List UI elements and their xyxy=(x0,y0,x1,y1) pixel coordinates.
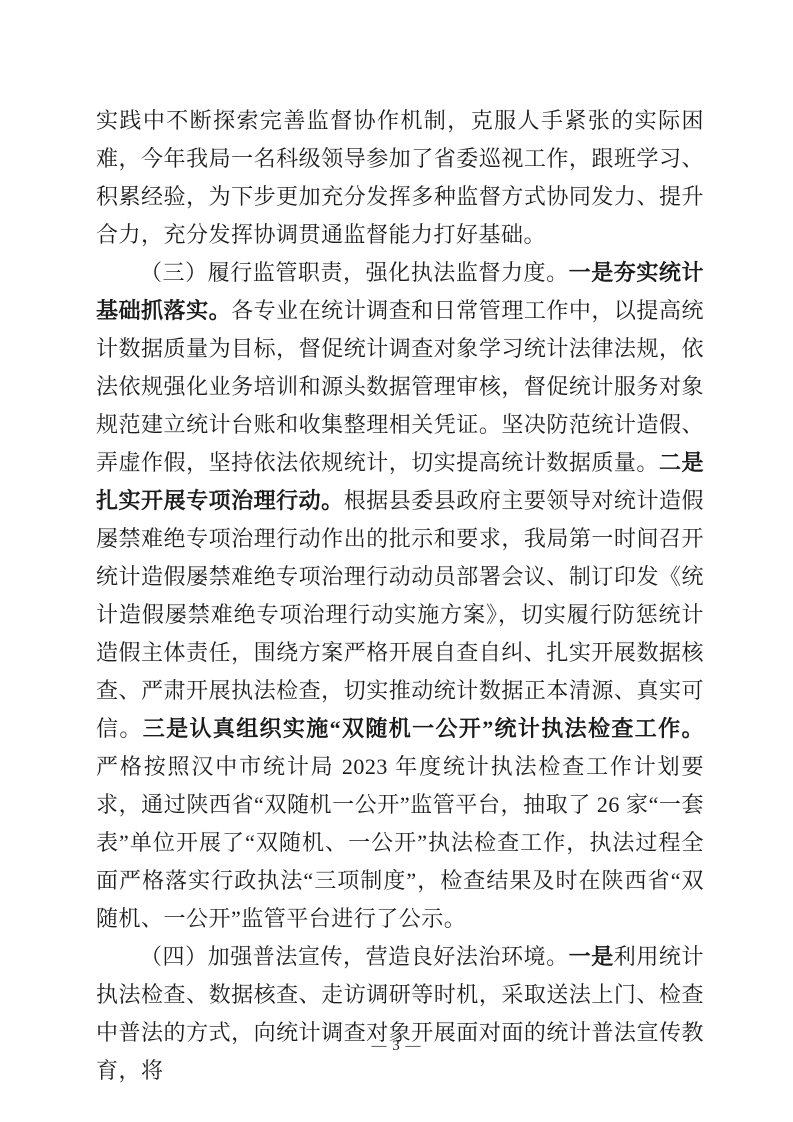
section-3-heading: （三）履行监管职责，强化执法监督力度。 xyxy=(140,260,569,285)
document-body: 实践中不断探索完善监督协作机制，克服人手紧张的实际困难，今年我局一名科级领导参加… xyxy=(96,102,704,1090)
paragraph-section-4: （四）加强普法宣传，营造良好法治环境。一是利用统计执法检查、数据核查、走访调研等… xyxy=(96,938,704,1090)
paragraph-continuation: 实践中不断探索完善监督协作机制，克服人手紧张的实际困难，今年我局一名科级领导参加… xyxy=(96,102,704,254)
page-number: — 3 — xyxy=(372,1038,422,1054)
body-text: 根据县委县政府主要领导对统计造假屡禁难绝专项治理行动作出的批示和要求，我局第一时… xyxy=(96,488,704,741)
body-text: 严格按照汉中市统计局 2023 年度统计执法检查工作计划要求，通过陕西省“双随机… xyxy=(96,754,704,931)
document-page: 实践中不断探索完善监督协作机制，克服人手紧张的实际困难，今年我局一名科级领导参加… xyxy=(0,0,793,1122)
page-footer: — 3 — xyxy=(0,1036,793,1056)
body-text: 各专业在统计调查和日常管理工作中，以提高统计数据质量为目标，督促统计调查对象学习… xyxy=(96,298,704,475)
paragraph-section-3: （三）履行监管职责，强化执法监督力度。一是夯实统计基础抓落实。各专业在统计调查和… xyxy=(96,254,704,938)
subpoint-3-label: 三是认真组织实施“双随机一公开”统计执法检查工作。 xyxy=(143,716,704,741)
subpoint-1-label: 一是 xyxy=(569,944,614,969)
body-text: 实践中不断探索完善监督协作机制，克服人手紧张的实际困难，今年我局一名科级领导参加… xyxy=(96,108,704,247)
section-4-heading: （四）加强普法宣传，营造良好法治环境。 xyxy=(140,944,569,969)
